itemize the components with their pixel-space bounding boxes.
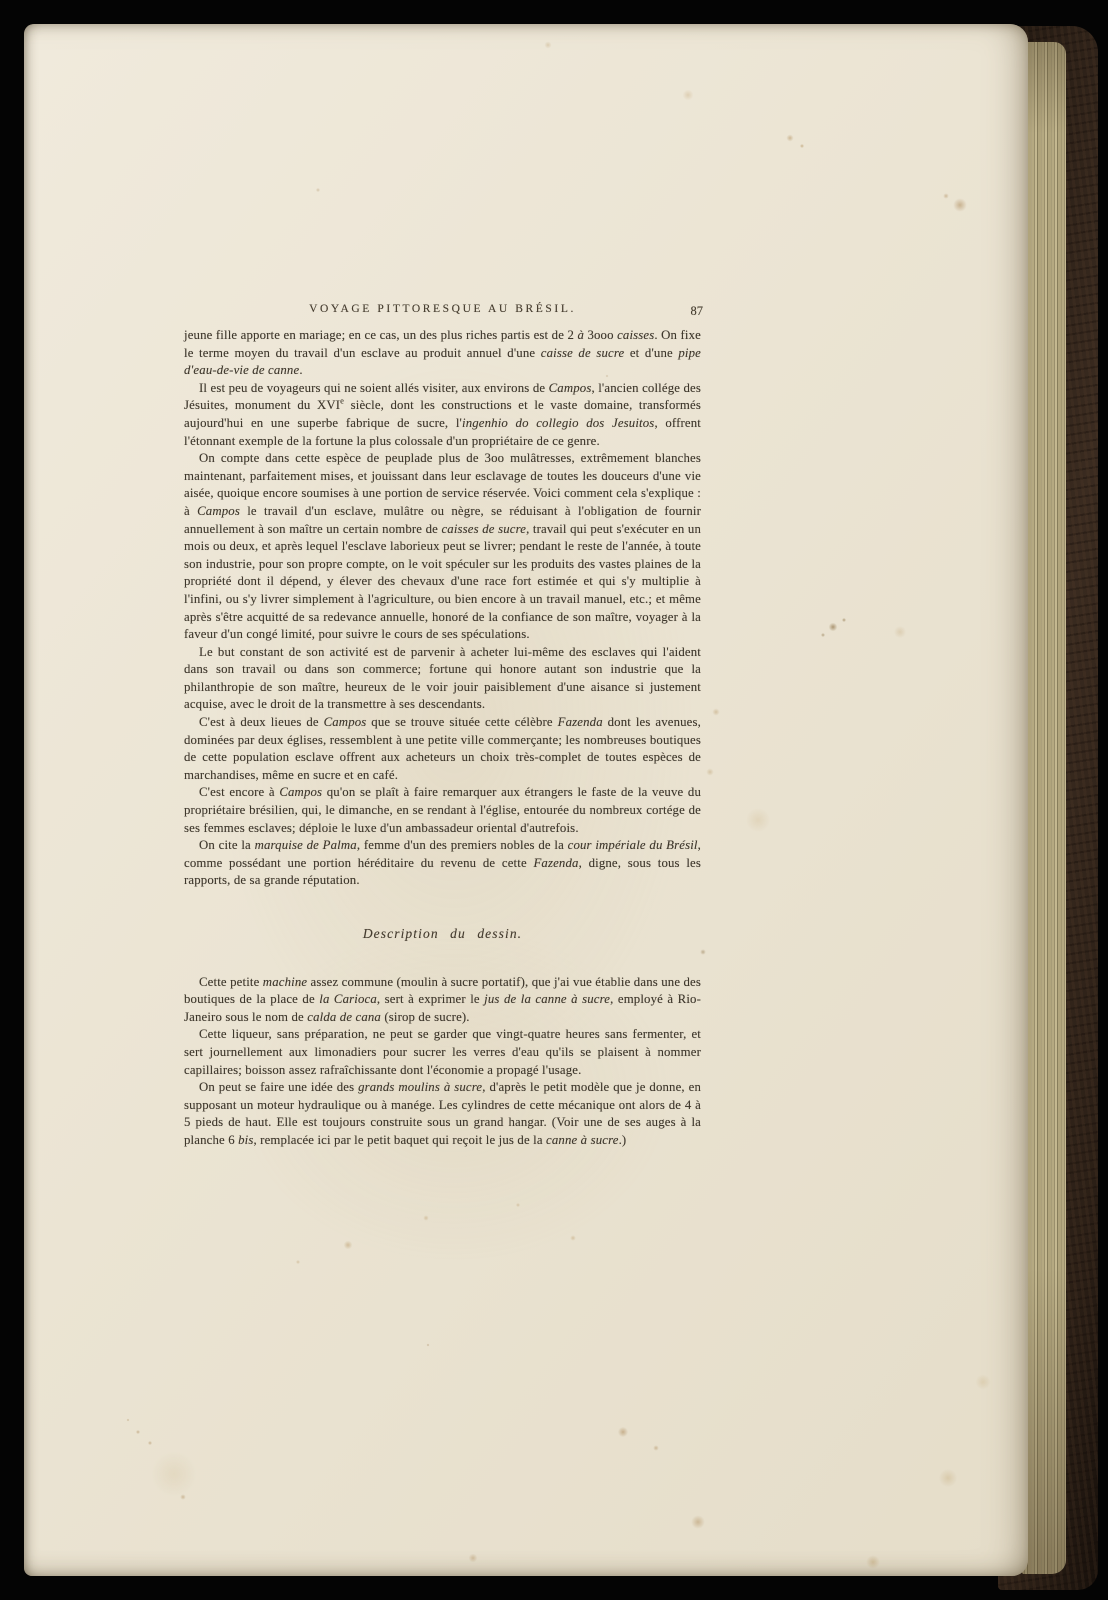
- description-text-block: Cette petite machine assez commune (moul…: [184, 974, 701, 1150]
- paragraph: Cette petite machine assez commune (moul…: [184, 974, 701, 1027]
- paragraph: C'est encore à Campos qu'on se plaît à f…: [184, 784, 701, 837]
- book-photograph: VOYAGE PITTORESQUE AU BRÉSIL. 87 jeune f…: [0, 0, 1108, 1600]
- main-text-block: jeune fille apporte en mariage; en ce ca…: [184, 327, 701, 890]
- page-edges-stack: [1022, 42, 1066, 1574]
- running-head: VOYAGE PITTORESQUE AU BRÉSIL. 87: [184, 302, 701, 316]
- paragraph: On compte dans cette espèce de peuplade …: [184, 450, 701, 644]
- section-heading: Description du dessin.: [184, 925, 701, 943]
- book-page: VOYAGE PITTORESQUE AU BRÉSIL. 87 jeune f…: [24, 24, 1028, 1576]
- paragraph: Le but constant de son activité est de p…: [184, 644, 701, 714]
- page-number: 87: [691, 304, 704, 318]
- paragraph: jeune fille apporte en mariage; en ce ca…: [184, 327, 701, 380]
- paragraph: Cette liqueur, sans préparation, ne peut…: [184, 1026, 701, 1079]
- printed-text-column: VOYAGE PITTORESQUE AU BRÉSIL. 87 jeune f…: [184, 302, 701, 1150]
- paragraph: Il est peu de voyageurs qui ne soient al…: [184, 380, 701, 450]
- running-title: VOYAGE PITTORESQUE AU BRÉSIL.: [309, 303, 576, 315]
- paragraph: On peut se faire une idée des grands mou…: [184, 1079, 701, 1149]
- paragraph: C'est à deux lieues de Campos que se tro…: [184, 714, 701, 784]
- paragraph: On cite la marquise de Palma, femme d'un…: [184, 837, 701, 890]
